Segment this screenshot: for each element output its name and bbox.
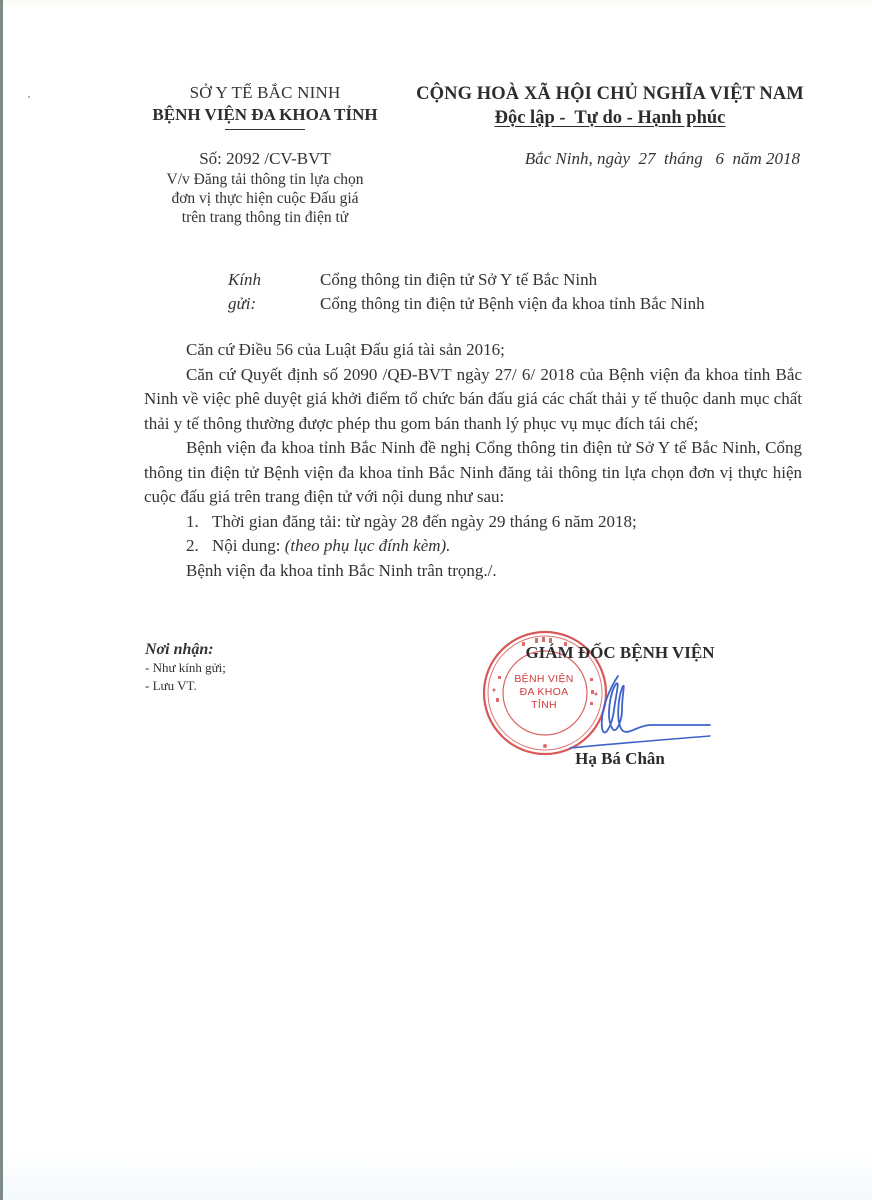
closing-line: Bệnh viện đa khoa tỉnh Bắc Ninh trân trọ… [144,559,802,584]
place-date: Bắc Ninh, ngày 27 tháng 6 năm 2018 [500,148,800,170]
subject-line: trên trang thông tin điện tử [130,208,400,227]
receiving-places: Nơi nhận: - Như kính gửi; - Lưu VT. [145,640,365,695]
receiving-item: - Như kính gửi; [145,659,365,677]
numbered-item: 1.Thời gian đăng tải: từ ngày 28 đến ngà… [144,510,802,535]
item-text: Nội dung: [212,536,285,555]
subject-line: đơn vị thực hiện cuộc Đấu giá [130,189,400,208]
body-paragraph: Bệnh viện đa khoa tỉnh Bắc Ninh đề nghị … [144,436,802,510]
scanned-page: SỞ Y TẾ BẮC NINH BỆNH VIỆN ĐA KHOA TỈNH … [0,0,872,1200]
handwritten-signature-icon [560,670,720,760]
letter-body: Căn cứ Điều 56 của Luật Đấu giá tài sản … [144,338,802,583]
national-header: CỘNG HOÀ XÃ HỘI CHỦ NGHĨA VIỆT NAM Độc l… [400,82,820,130]
scan-speck [28,96,30,98]
agency-name: SỞ Y TẾ BẮC NINH [130,82,400,104]
scan-edge [0,0,3,1200]
document-number: Số: 2092 /CV-BVT [130,148,400,170]
header-rule [225,129,305,130]
recipients-list: Cổng thông tin điện tử Sở Y tế Bắc Ninh … [320,268,820,316]
numbered-item: 2.Nội dung: (theo phụ lục đính kèm). [144,534,802,559]
national-motto: Độc lập - Tự do - Hạnh phúc [400,106,820,130]
receiving-title: Nơi nhận: [145,640,365,659]
recipients-label: Kính gửi: [228,268,261,316]
item-number: 2. [186,534,212,559]
recipient-item: Cổng thông tin điện tử Bệnh viện đa khoa… [320,292,820,316]
body-paragraph: Căn cứ Điều 56 của Luật Đấu giá tài sản … [144,338,802,363]
organization-name: BỆNH VIỆN ĐA KHOA TỈNH [130,104,400,126]
item-text: Thời gian đăng tải: từ ngày 28 đến ngày … [212,512,637,531]
issuer-block: SỞ Y TẾ BẮC NINH BỆNH VIỆN ĐA KHOA TỈNH … [130,82,400,227]
item-number: 1. [186,510,212,535]
item-italic-note: (theo phụ lục đính kèm). [285,536,451,555]
receiving-item: - Lưu VT. [145,677,365,695]
signatory-title: GIÁM ĐỐC BỆNH VIỆN [510,642,730,664]
recipient-item: Cổng thông tin điện tử Sở Y tế Bắc Ninh [320,268,820,292]
nation-title: CỘNG HOÀ XÃ HỘI CHỦ NGHĨA VIỆT NAM [400,82,820,106]
subject-line: V/v Đăng tải thông tin lựa chọn [130,170,400,189]
body-paragraph: Căn cứ Quyết định số 2090 /QĐ-BVT ngày 2… [144,363,802,437]
